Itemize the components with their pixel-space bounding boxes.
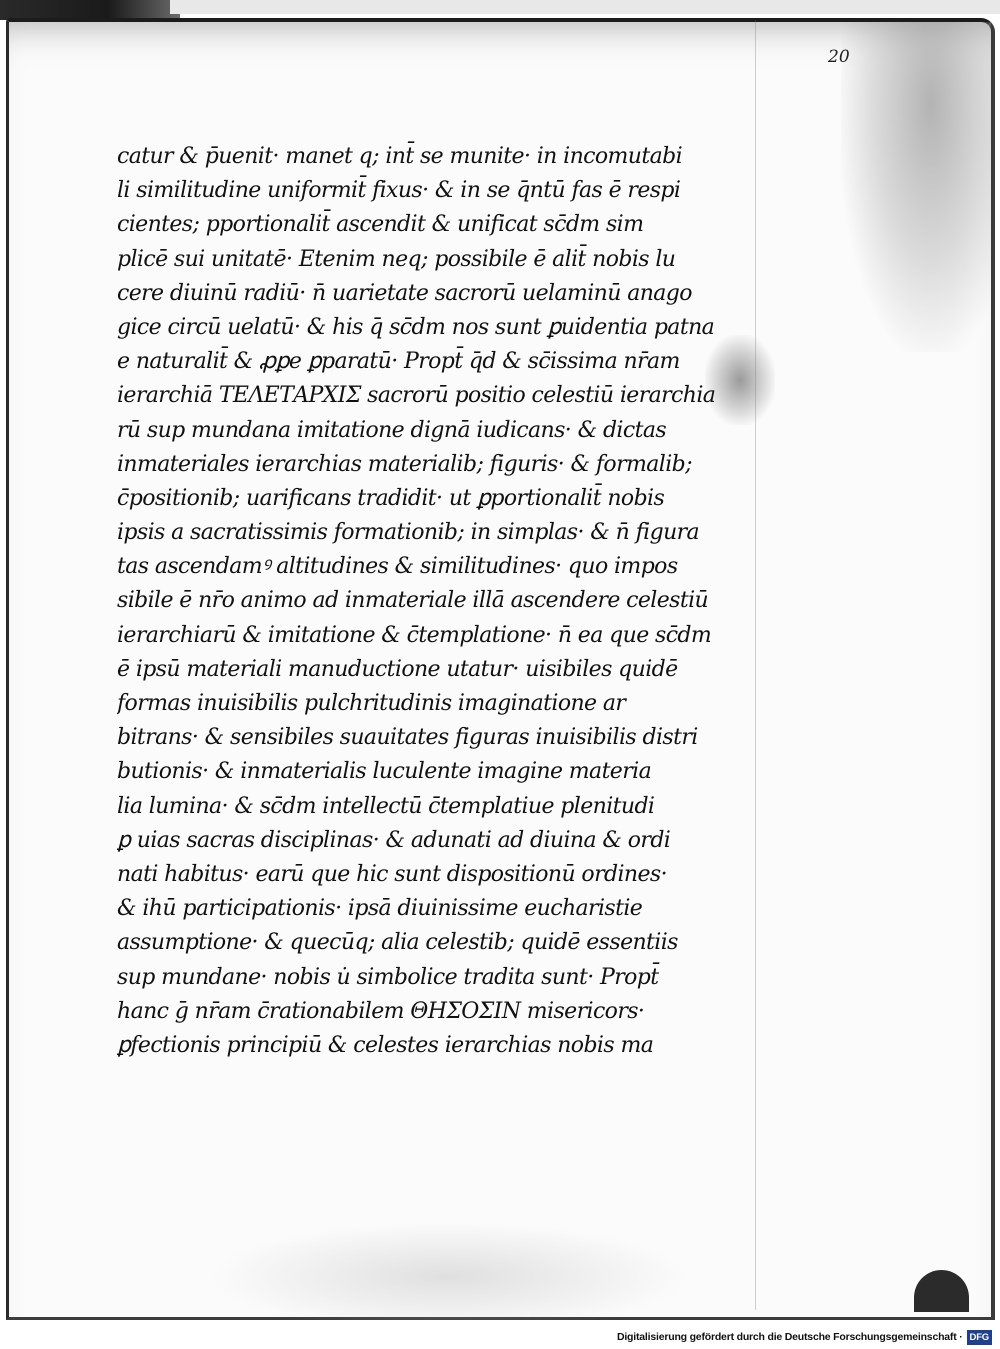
text-line: ꝑfectionis principiū & celestes ierarchi… [117,1029,757,1063]
text-line: e naturalit̄ & ꝓꝑe ꝑparatū· Propt̄ q̄d &… [117,345,757,379]
text-line: ierarchiā ΤΕΛΕΤΑΡΧΙΣ sacrorū positio cel… [117,379,757,413]
smudge-bottom [209,1222,689,1320]
text-line: tas ascendamꝰ altitudines & similitudine… [117,550,757,584]
text-line: cientes; pportionalit̄ ascendit & unific… [117,208,757,242]
manuscript-scan: 20 catur & p̄uenit· manet q; int̄ se mun… [0,0,1000,1320]
text-line: nati habitus· earū que hic sunt disposit… [117,858,757,892]
binding-shadow [0,0,180,20]
text-line: ierarchiarū & imitatione & c̄templatione… [117,619,757,653]
text-line: cere diuinū radiū· n̄ uarietate sacrorū … [117,277,757,311]
text-line: sup mundane· nobis u̇ simbolice tradita … [117,961,757,995]
text-line: c̄positionib; uarificans tradidit· ut ꝑp… [117,482,757,516]
folio-number: 20 [828,47,850,67]
text-line: ē ipsū materiali manuductione utatur· ui… [117,653,757,687]
text-line: lia lumina· & sc̄dm intellectū c̄templat… [117,790,757,824]
text-line: bitrans· & sensibiles suauitates figuras… [117,721,757,755]
text-line: li similitudine uniformit̄ fixus· & in s… [117,174,757,208]
water-stain-top-right [841,22,991,352]
text-line: butionis· & inmaterialis luculente imagi… [117,755,757,789]
page-corner-curl [914,1270,969,1312]
text-line: catur & p̄uenit· manet q; int̄ se munite… [117,140,757,174]
text-line: inmateriales ierarchias materialib; figu… [117,448,757,482]
dfg-logo-icon: DFG [967,1330,992,1345]
text-line: gice circū uelatū· & his q̄ sc̄dm nos su… [117,311,757,345]
text-line: ꝑ uias sacras disciplinas· & adunati ad … [117,824,757,858]
digitization-credit: Digitalisierung gefördert durch die Deut… [617,1329,992,1345]
text-line: assumptione· & quecūq; alia celestib; qu… [117,926,757,960]
text-line: & ihū participationis· ipsā diuinissime … [117,892,757,926]
text-line: formas inuisibilis pulchritudinis imagin… [117,687,757,721]
text-line: sibile ē nr̄o animo ad inmateriale illā … [117,584,757,618]
text-line: ipsis a sacratissimis formationib; in si… [117,516,757,550]
text-line: hanc ḡ nr̄am c̄rationabilem ΘΗΣΟΣΙΝ mise… [117,995,757,1029]
manuscript-text-block: catur & p̄uenit· manet q; int̄ se munite… [117,140,757,1063]
credit-text: Digitalisierung gefördert durch die Deut… [617,1331,963,1343]
background-strip [170,0,1000,14]
text-line: plicē sui unitatē· Etenim neq; possibile… [117,243,757,277]
text-line: rū sup mundana imitatione dignā iudicans… [117,414,757,448]
